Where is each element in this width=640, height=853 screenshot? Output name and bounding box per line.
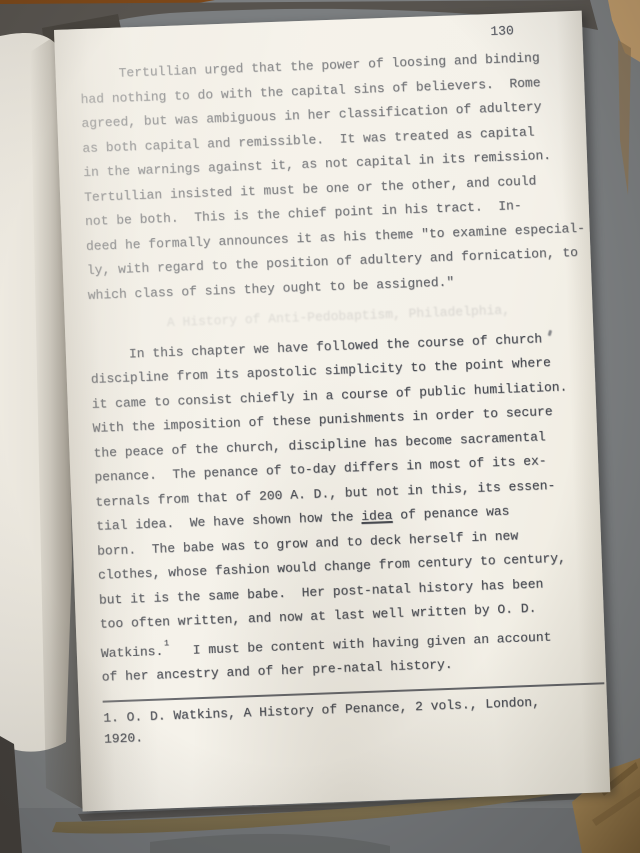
footnote-ref: 1 [164,638,169,648]
paragraph: In this chapter we have followed the cou… [90,325,602,690]
footnote-lines: 1. O. D. Watkins, A History of Penance, … [103,689,606,749]
underlined-word: idea [361,508,393,524]
paragraph: Tertullian urged that the power of loosi… [79,45,588,308]
footnote-block: 1. O. D. Watkins, A History of Penance, … [103,682,606,749]
body-text: Tertullian urged that the power of loosi… [79,45,602,691]
text-block: Tertullian urged that the power of loosi… [54,11,610,812]
document-page: 130 Tertullian urged that the power of l… [54,11,610,812]
photo-of-typescript-page: 130 Tertullian urged that the power of l… [0,0,640,853]
